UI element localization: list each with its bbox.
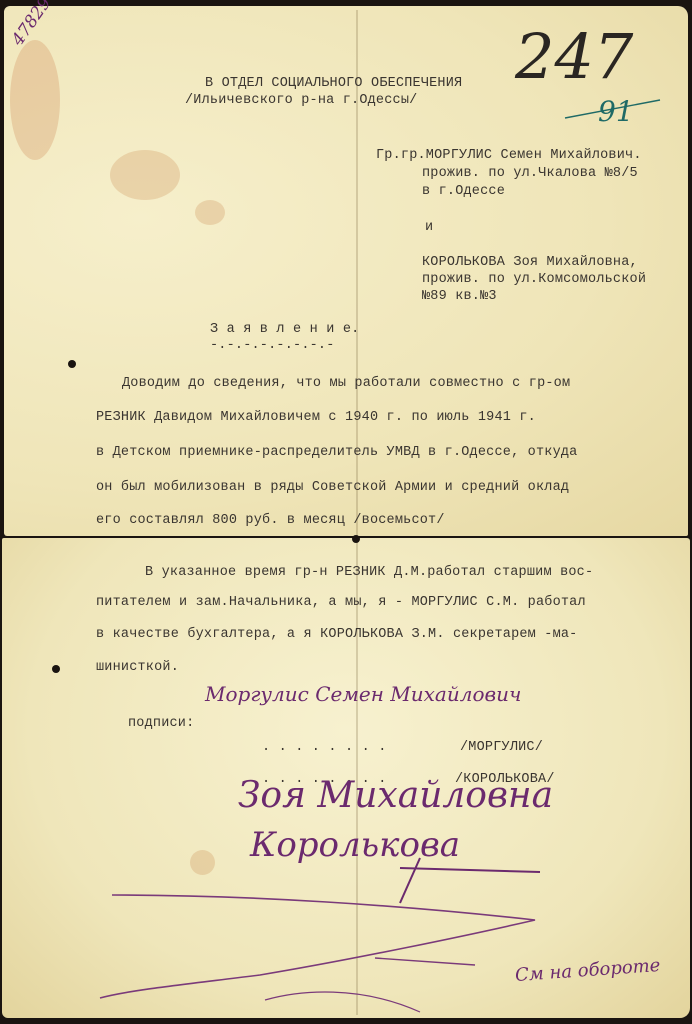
cancellation-strokes [0,0,692,1024]
